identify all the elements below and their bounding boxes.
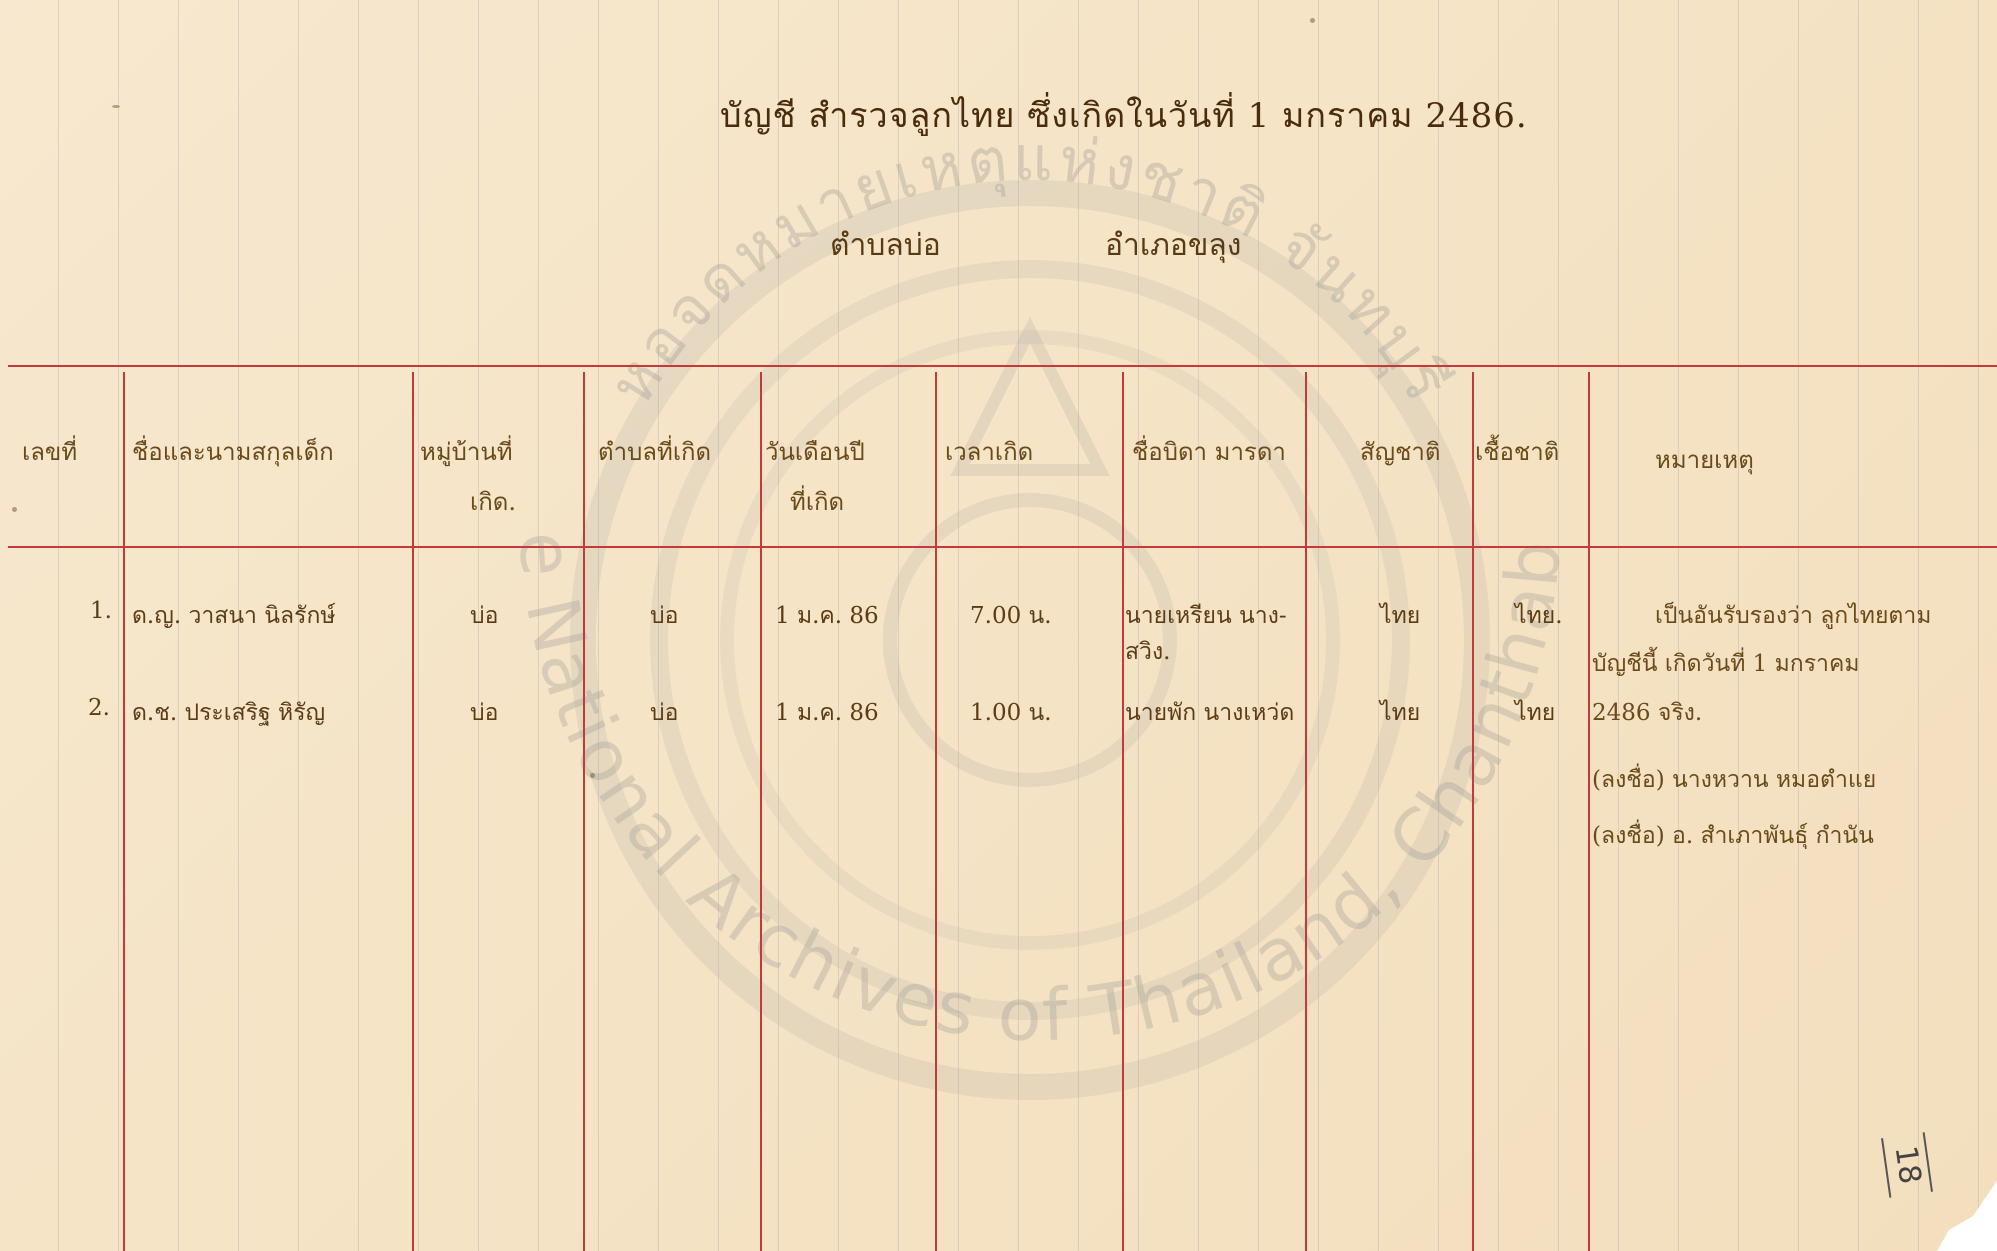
watermark-english-text: The National Archives of Thailand, Chant… [0, 0, 1577, 1057]
column-divider [123, 372, 125, 1251]
parents-line2: สวิง. [1125, 634, 1171, 670]
ink-speck [1310, 18, 1315, 23]
header-birthdate-line2: ที่เกิด [790, 482, 844, 521]
ink-speck [112, 105, 120, 108]
nationality: ไทย [1380, 695, 1420, 731]
remarks-line3: 2486 จริง. [1592, 695, 1702, 731]
watermark-seal-core-ring [720, 330, 1340, 950]
header-parents: ชื่อบิดา มารดา [1132, 432, 1286, 471]
watermark-seal-inner-ring [650, 260, 1410, 1020]
header-birthdate-line1: วันเดือนปี [765, 432, 865, 471]
column-divider [583, 372, 585, 1251]
child-name: ด.ญ. วาสนา นิลรักษ์ [132, 598, 336, 634]
nationality: ไทย [1380, 598, 1420, 634]
header-nationality: สัญชาติ [1360, 432, 1440, 471]
svg-text:The National Archives of Thail: The National Archives of Thailand, Chant… [0, 0, 1577, 1057]
header-birth-time: เวลาเกิด [945, 432, 1033, 471]
remarks-line1: เป็นอันรับรองว่า ลูกไทยตาม [1655, 598, 1931, 634]
birth-date: 1 ม.ค. 86 [775, 598, 879, 634]
header-village-line2: เกิด. [470, 482, 516, 521]
ink-speck [590, 773, 595, 778]
birth-time: 7.00 น. [970, 598, 1052, 634]
parents-line1: นายเหรียน นาง- [1125, 598, 1287, 634]
header-subdistrict: ตำบลที่เกิด [598, 432, 711, 471]
column-divider [1588, 372, 1590, 1251]
document-title: บัญชี สำรวจลูกไทย ซึ่งเกิดในวันที่ 1 มกร… [720, 88, 1528, 142]
subtitle-subdistrict: ตำบลบ่อ [830, 222, 941, 269]
torn-corner [1937, 1181, 1997, 1251]
subdistrict: บ่อ [650, 695, 678, 731]
race: ไทย. [1515, 598, 1563, 634]
column-divider [1122, 372, 1124, 1251]
village: บ่อ [470, 695, 498, 731]
subtitle-district: อำเภอขลุง [1105, 222, 1241, 269]
village: บ่อ [470, 598, 498, 634]
header-number: เลขที่ [22, 432, 77, 471]
header-race: เชื้อชาติ [1475, 432, 1559, 471]
header-child-name: ชื่อและนามสกุลเด็ก [132, 432, 334, 471]
signature-subdistrict-chief: (ลงชื่อ) อ. สำเภาพันธุ์ กำนัน [1592, 818, 1874, 854]
row-number: 1. [90, 598, 112, 624]
column-divider [935, 372, 937, 1251]
column-divider [1472, 372, 1474, 1251]
header-remarks: หมายเหตุ [1655, 440, 1754, 479]
remarks-line2: บัญชีนี้ เกิดวันที่ 1 มกราคม [1592, 646, 1860, 682]
column-divider [412, 372, 414, 1251]
watermark-thai-text: หอจดหมายเหตุแห่งชาติ จันทบุรี [594, 122, 1466, 417]
subdistrict: บ่อ [650, 598, 678, 634]
column-divider [760, 372, 762, 1251]
header-village-line1: หมู่บ้านที่ [420, 432, 513, 471]
birth-time: 1.00 น. [970, 695, 1052, 731]
page-number-stamp: 18 [1881, 1132, 1933, 1198]
column-divider [1305, 372, 1307, 1251]
parents-line1: นายพัก นางเหว่ด [1125, 695, 1294, 731]
ink-speck [12, 507, 17, 512]
race: ไทย [1515, 695, 1555, 731]
svg-text:หอจดหมายเหตุแห่งชาติ จันทบุรี: หอจดหมายเหตุแห่งชาติ จันทบุรี [594, 122, 1466, 417]
birth-date: 1 ม.ค. 86 [775, 695, 879, 731]
table-top-rule [8, 365, 1997, 367]
table-header-rule [8, 546, 1997, 548]
signature-midwife: (ลงชื่อ) นางหวาน หมอตำแย [1592, 762, 1876, 798]
page-number: 18 [1875, 1142, 1940, 1188]
child-name: ด.ช. ประเสริฐ หิรัญ [132, 695, 325, 731]
watermark-seal-outer-ring [570, 180, 1490, 1100]
archival-document-page: หอจดหมายเหตุแห่งชาติ จันทบุรี The Nation… [0, 0, 1997, 1251]
row-number: 2. [88, 695, 110, 721]
